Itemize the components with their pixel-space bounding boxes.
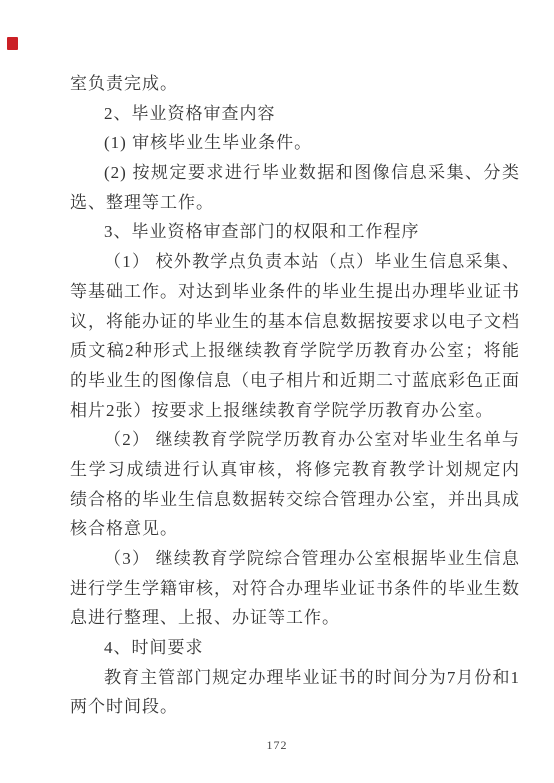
document-page: 室负责完成。2、毕业资格审查内容(1) 审核毕业生毕业条件。(2) 按规定要求进… (0, 0, 554, 783)
text-line: 等基础工作。对达到毕业条件的毕业生提出办理毕业证书的建 (70, 277, 520, 307)
text-line: 选、整理等工作。 (70, 188, 520, 218)
text-line: 生学习成绩进行认真审核，将修完教育教学计划规定内容、成 (70, 455, 520, 485)
page-number: 172 (0, 738, 554, 753)
text-line: 2、毕业资格审查内容 (70, 99, 520, 129)
text-line: (1) 审核毕业生毕业条件。 (70, 128, 520, 158)
text-line: 议，将能办证的毕业生的基本信息数据按要求以电子文档和纸 (70, 307, 520, 337)
page-body: 室负责完成。2、毕业资格审查内容(1) 审核毕业生毕业条件。(2) 按规定要求进… (70, 69, 520, 722)
text-line: 的毕业生的图像信息（电子相片和近期二寸蓝底彩色正面免冠 (70, 366, 520, 396)
red-stamp-icon (7, 37, 18, 50)
text-line: (2) 按规定要求进行毕业数据和图像信息采集、分类筛 (70, 158, 520, 188)
text-line: 进行学生学籍审核，对符合办理毕业证书条件的毕业生数据信 (70, 574, 520, 604)
text-line: 核合格意见。 (70, 514, 520, 544)
text-line: （1） 校外教学点负责本站（点）毕业生信息采集、上报 (70, 247, 520, 277)
text-line: 两个时间段。 (70, 692, 520, 722)
text-line: 息进行整理、上报、办证等工作。 (70, 603, 520, 633)
text-line: 教育主管部门规定办理毕业证书的时间分为7月份和1月份 (70, 663, 520, 693)
text-line: 绩合格的毕业生信息数据转交综合管理办公室，并出具成绩审 (70, 485, 520, 515)
text-line: 室负责完成。 (70, 69, 520, 99)
text-line: （3） 继续教育学院综合管理办公室根据毕业生信息数据 (70, 544, 520, 574)
text-line: （2） 继续教育学院学历教育办公室对毕业生名单与毕业 (70, 425, 520, 455)
text-line: 3、毕业资格审查部门的权限和工作程序 (70, 217, 520, 247)
text-line: 质文稿2种形式上报继续教育学院学历教育办公室；将能办证 (70, 336, 520, 366)
text-line: 相片2张）按要求上报继续教育学院学历教育办公室。 (70, 396, 520, 426)
text-line: 4、时间要求 (70, 633, 520, 663)
